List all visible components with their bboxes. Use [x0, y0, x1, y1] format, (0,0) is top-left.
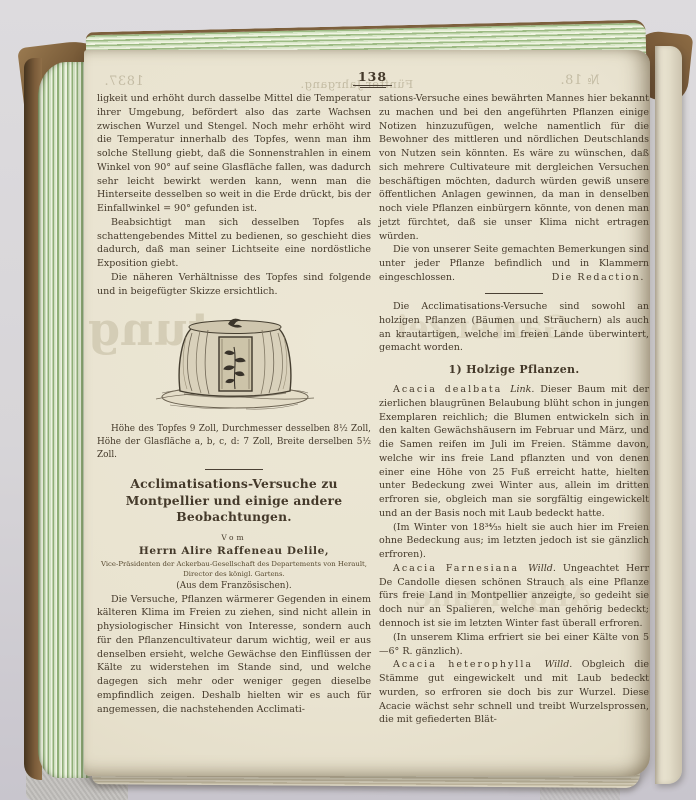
species-entry: Acacia heterophylla Willd. Obgleich die … [379, 658, 649, 727]
figure-cloche-pot-engraving [139, 303, 329, 420]
next-page-sliver [655, 46, 682, 784]
paragraph: Die näheren Verhältnisse des Topfes sind… [97, 271, 371, 299]
paragraph: sations-Versuche eines bewährten Mannes … [379, 92, 649, 243]
species-name: Acacia Farnesiana [393, 563, 528, 574]
editor-note: (Im Winter von 18³⁴⁄₃₅ hielt sie auch hi… [379, 521, 649, 562]
section-divider-rule [485, 293, 543, 294]
section-divider-rule [205, 469, 263, 470]
page-number: 138 [353, 69, 392, 86]
page-number-block: 138 [97, 66, 648, 88]
editor-note: (In unserem Klima erfriert sie bei einer… [379, 631, 649, 659]
figure-caption: Höhe des Topfes 9 Zoll, Durchmesser dess… [97, 423, 371, 461]
byline-vom: Vom [97, 533, 371, 544]
byline-source: (Aus dem Französischen). [97, 580, 371, 593]
paragraph: ligkeit und erhöht durch dasselbe Mittel… [97, 92, 371, 216]
printed-content: 138 ligkeit und erhöht durch dasselbe Mi… [84, 50, 650, 776]
section-heading: 1) Holzige Pflanzen. [379, 362, 649, 378]
entry-text: (Im Winter von 18³⁴⁄₃₅ hielt sie auch hi… [379, 522, 649, 561]
species-authority: Willd. [544, 659, 581, 670]
species-authority: Willd. [528, 563, 563, 574]
species-authority: Link. [510, 384, 540, 395]
cloche-pot-illustration [142, 303, 327, 415]
entry-text: (In unserem Klima erfriert sie bei einer… [379, 632, 649, 657]
green-page-edges-left [38, 62, 90, 778]
article-title: Acclimatisations-Versuche zu Montpellier… [99, 476, 369, 526]
column-left: ligkeit und erhöht durch dasselbe Mittel… [97, 92, 371, 716]
paragraph: Die Versuche, Pflanzen wärmerer Gegenden… [97, 593, 371, 717]
species-entry: Acacia dealbata Link. Dieser Baum mit de… [379, 383, 649, 521]
column-right: sations-Versuche eines bewährten Mannes … [379, 92, 649, 727]
book-scan: 1837. Fünfter Jahrgang. № 18. tung Garte… [0, 0, 696, 800]
byline-role: Vice-Präsidenten der Ackerbau-Gesellscha… [97, 559, 371, 580]
entry-text: Dieser Baum mit der zierlichen blaugrüne… [379, 384, 649, 519]
byline-author: Herrn Alire Raffeneau Delile, [97, 544, 371, 559]
species-entry: Acacia Farnesiana Willd. Ungeachtet Herr… [379, 562, 649, 631]
paragraph: Die Acclimatisations-Versuche sind sowoh… [379, 300, 649, 355]
species-name: Acacia dealbata [393, 384, 510, 395]
species-name: Acacia heterophylla [393, 659, 544, 670]
book-page: 1837. Fünfter Jahrgang. № 18. tung Garte… [84, 50, 650, 776]
page-number-underline [360, 87, 386, 88]
paragraph: Beabsichtigt man sich desselben Topfes a… [97, 216, 371, 271]
